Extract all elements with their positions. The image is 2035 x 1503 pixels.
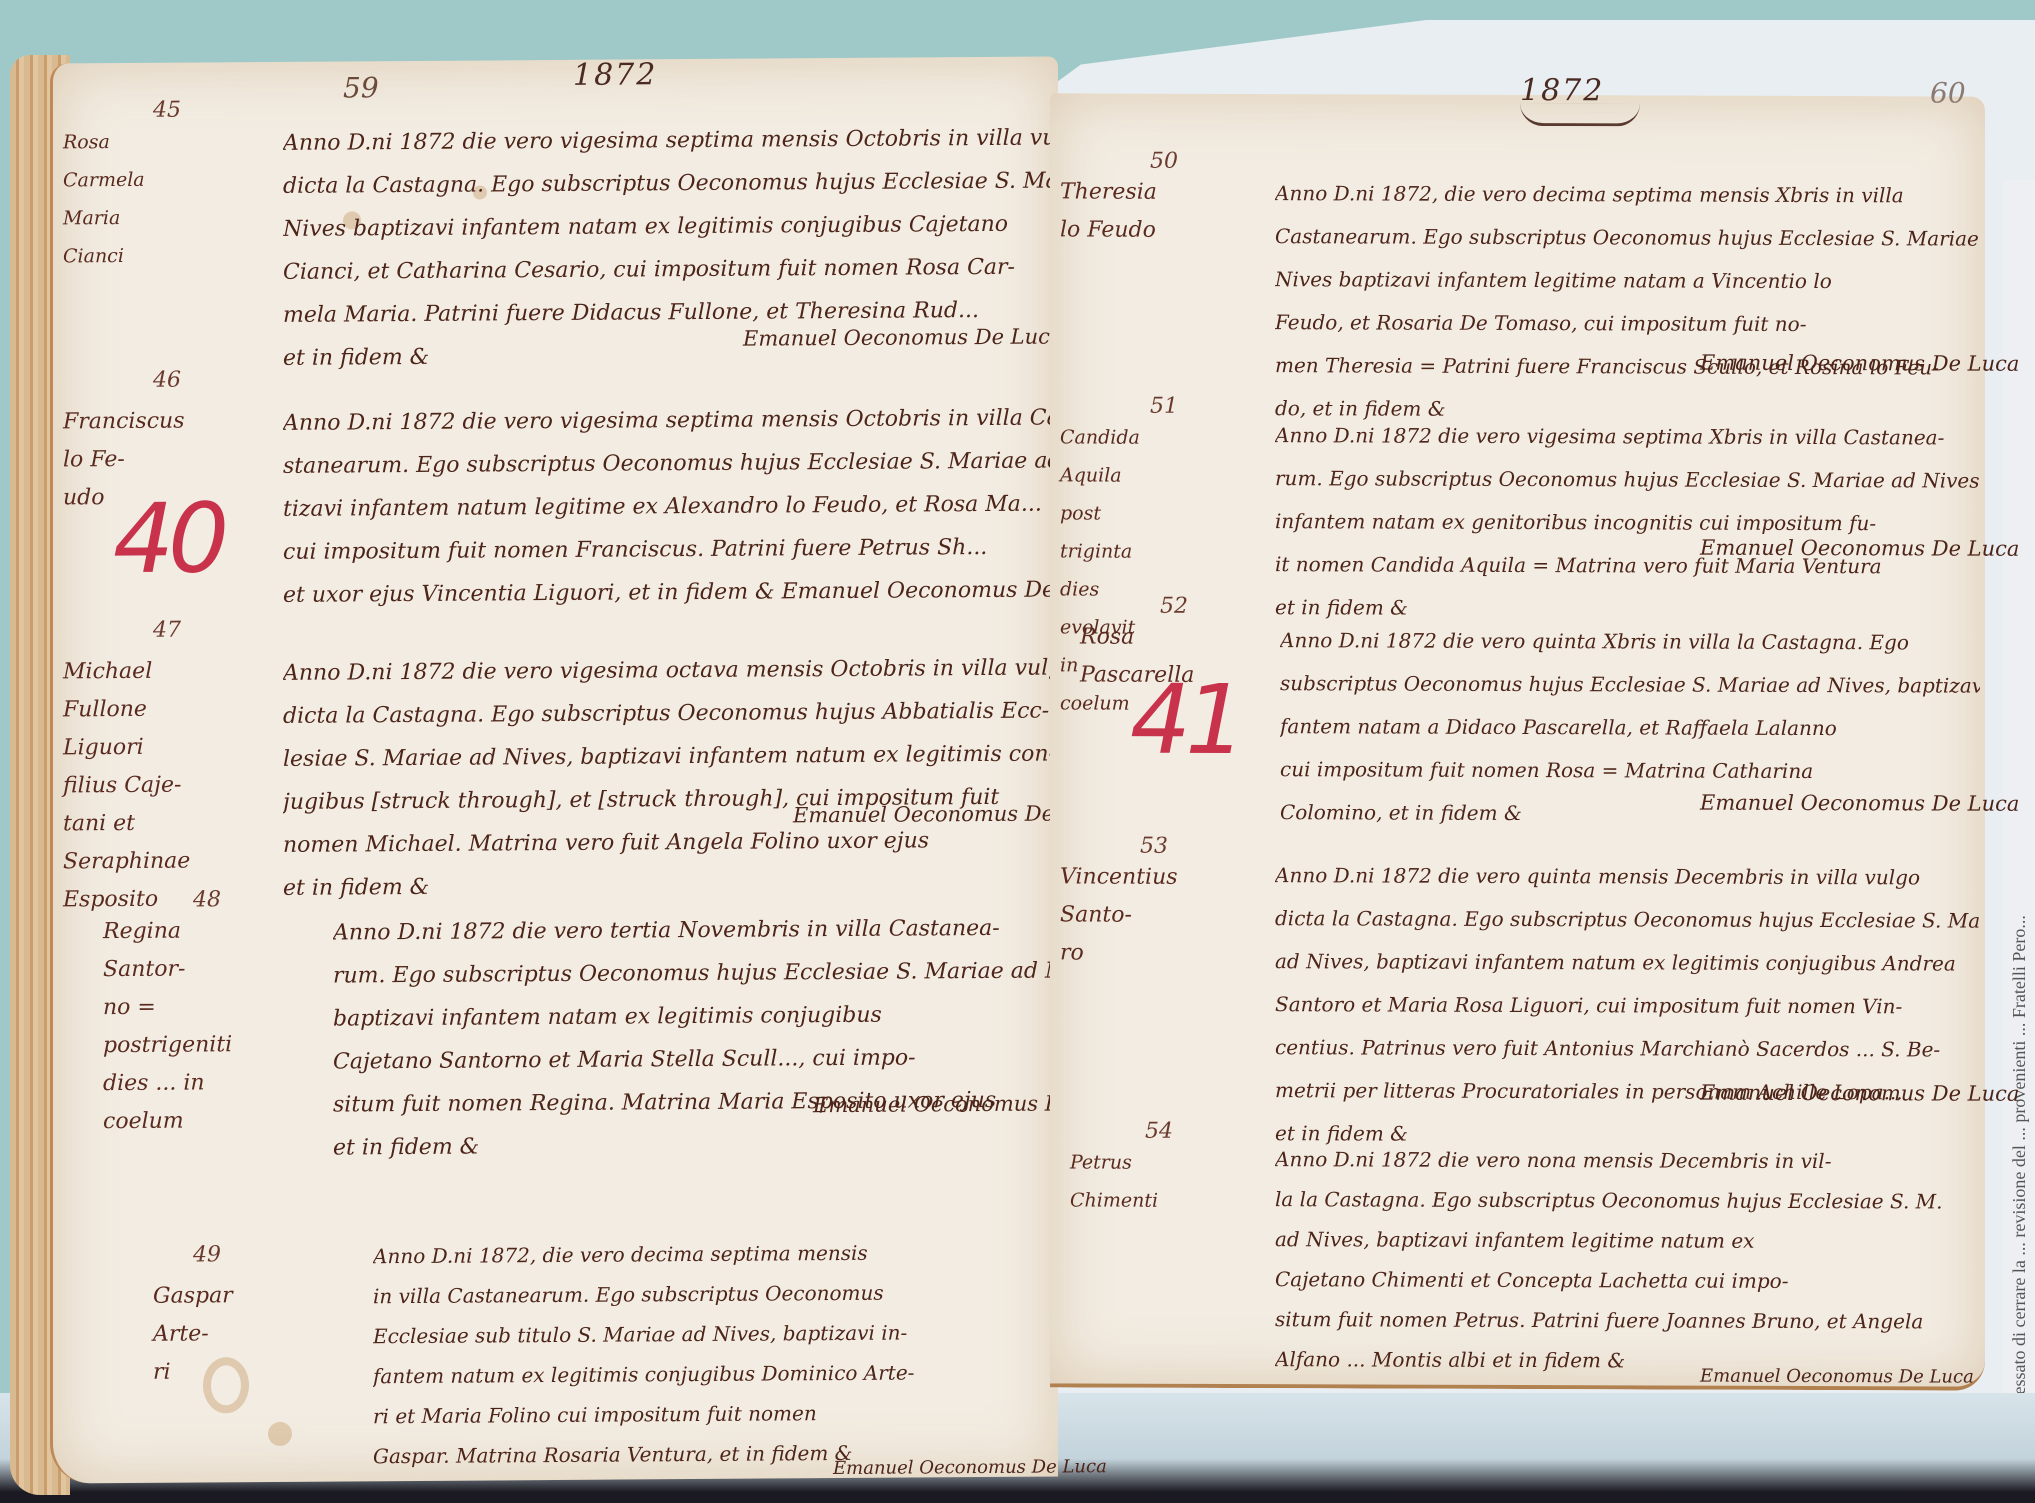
- entry-line: subscriptus Oeconomus hujus Ecclesiae S.…: [1280, 662, 1980, 707]
- entry-line: Anno D.ni 1872 die vero vigesima septima…: [283, 117, 1053, 165]
- entry-margin-name: Theresia lo Feudo: [1060, 173, 1157, 249]
- entry-body: Anno D.ni 1872 die vero vigesima octava …: [283, 647, 1053, 910]
- entry-line: dicta la Castagna. Ego subscriptus Oecon…: [283, 160, 1053, 208]
- entry-line: Santoro et Maria Rosa Liguori, cui impos…: [1275, 983, 1980, 1028]
- entry-line: stanearum. Ego subscriptus Oeconomus huj…: [283, 440, 1053, 488]
- entry-line: Anno D.ni 1872 die vero nona mensis Dece…: [1275, 1139, 1980, 1181]
- entry-body: Anno D.ni 1872, die vero decima septima …: [1275, 172, 1980, 432]
- entry-line: tizavi infantem natum legitime ex Alexan…: [283, 483, 1053, 531]
- entry-number: 54: [1145, 1119, 1173, 1144]
- entry-number: 46: [153, 368, 181, 393]
- entry-line: Anno D.ni 1872 die vero vigesima octava …: [283, 647, 1053, 695]
- entry-line: Castanearum. Ego subscriptus Oeconomus h…: [1275, 215, 1980, 260]
- entry-margin-name: Regina Santor- no = postrigeniti dies ..…: [103, 912, 232, 1141]
- entry-line: et in fidem &: [283, 862, 1053, 910]
- entry-body: Anno D.ni 1872 die vero vigesima septima…: [283, 397, 1053, 617]
- entry-line: lesiae S. Mariae ad Nives, baptizavi inf…: [283, 733, 1053, 781]
- entry-line: baptizavi infantem natam ex legitimis co…: [333, 993, 1053, 1041]
- page-number-right: 60: [1930, 76, 1966, 109]
- entry-margin-name: Petrus Chimenti: [1070, 1143, 1158, 1219]
- entry-line: Anno D.ni 1872 die vero vigesima septima…: [283, 397, 1053, 445]
- red-annotation-number: 40: [113, 482, 223, 595]
- entry-body: Anno D.ni 1872 die vero tertia Novembris…: [333, 907, 1053, 1170]
- entry-body: Anno D.ni 1872 die vero vigesima septima…: [1275, 414, 1980, 631]
- entry-line: cui impositum fuit nomen Rosa = Matrina …: [1280, 748, 1980, 793]
- stain: [268, 1422, 292, 1446]
- entry-body: Anno D.ni 1872 die vero quinta mensis De…: [1275, 854, 1980, 1157]
- entry-line: in villa Castanearum. Ego subscriptus Oe…: [373, 1272, 1053, 1317]
- red-annotation-number: 41: [1130, 664, 1240, 776]
- entry-line: Nives baptizavi infantem natam ex legiti…: [283, 203, 1053, 251]
- entry-line: dicta la Castagna. Ego subscriptus Oecon…: [1275, 897, 1980, 942]
- header-year-left: 1872: [573, 57, 657, 93]
- entry-line: Anno D.ni 1872 die vero tertia Novembris…: [333, 907, 1053, 955]
- priest-signature: Emanuel Oeconomus De Luca: [1700, 536, 2019, 561]
- priest-signature: Emanuel Oeconomus De Luca: [1700, 1366, 1974, 1388]
- entry-number: 49: [193, 1242, 221, 1267]
- priest-signature: Emanuel Oeconomus De Luca: [1700, 1081, 2019, 1106]
- entry-line: et in fidem &: [333, 1122, 1053, 1170]
- priest-signature: Emanuel Oeconomus De Luca: [833, 1456, 1107, 1479]
- header-flourish: [1520, 103, 1640, 126]
- entry-number: 52: [1160, 594, 1188, 619]
- entry-number: 48: [193, 887, 221, 912]
- entry-line: ri et Maria Folino cui impositum fuit no…: [373, 1392, 1053, 1437]
- entry-line: dicta la Castagna. Ego subscriptus Oecon…: [283, 690, 1053, 738]
- entry-body: Anno D.ni 1872 die vero nona mensis Dece…: [1275, 1139, 1980, 1381]
- entry-number: 47: [153, 618, 181, 643]
- entry-number: 45: [153, 98, 181, 123]
- entry-line: Cianci, et Catharina Cesario, cui imposi…: [283, 246, 1053, 294]
- entry-line: ad Nives, baptizavi infantem legitime na…: [1275, 1219, 1980, 1261]
- entry-margin-name: Gaspar Arte- ri: [153, 1277, 233, 1392]
- entry-number: 50: [1150, 149, 1178, 174]
- entry-line: Anno D.ni 1872 die vero vigesima septima…: [1275, 414, 1980, 459]
- page-number-left: 59: [343, 71, 379, 104]
- entry-number: 51: [1150, 394, 1178, 419]
- priest-signature: Emanuel Oeconomus De Luca: [743, 324, 1062, 350]
- entry-line: rum. Ego subscriptus Oeconomus hujus Ecc…: [1275, 457, 1980, 502]
- right-page: 1872 60 50 Theresia lo Feudo Anno D.ni 1…: [1050, 93, 1985, 1390]
- entry-margin-name: Rosa Carmela Maria Cianci: [63, 123, 145, 276]
- entry-line: Cajetano Santorno et Maria Stella Scull.…: [333, 1036, 1053, 1084]
- entry-line: centius. Patrinus vero fuit Antonius Mar…: [1275, 1026, 1980, 1071]
- entry-line: la la Castagna. Ego subscriptus Oeconomu…: [1275, 1179, 1980, 1221]
- entry-body: Anno D.ni 1872, die vero decima septima …: [373, 1232, 1053, 1477]
- priest-signature: Emanuel Oeconomus De Luca: [1700, 791, 2019, 816]
- left-page: 59 1872 45 Rosa Carmela Maria Cianci Ann…: [50, 56, 1058, 1483]
- entry-margin-name: Vincentius Santo- ro: [1060, 858, 1178, 972]
- priest-signature: Emanuel Oeconomus De Luca: [1700, 351, 2019, 376]
- entry-line: Cajetano Chimenti et Concepta Lachetta c…: [1275, 1259, 1980, 1301]
- entry-line: Anno D.ni 1872, die vero decima septima …: [1275, 172, 1980, 217]
- entry-line: Anno D.ni 1872 die vero quinta Xbris in …: [1280, 619, 1980, 664]
- entry-line: Anno D.ni 1872, die vero decima septima …: [373, 1232, 1053, 1277]
- entry-line: rum. Ego subscriptus Oeconomus hujus Ecc…: [333, 950, 1053, 998]
- entry-line: Nives baptizavi infantem legitime natam …: [1275, 258, 1980, 303]
- entry-line: situm fuit nomen Petrus. Patrini fuere J…: [1275, 1299, 1980, 1341]
- entry-number: 53: [1140, 834, 1168, 859]
- entry-line: fantem natam a Didaco Pascarella, et Raf…: [1280, 705, 1980, 750]
- entry-line: Ecclesiae sub titulo S. Mariae ad Nives,…: [373, 1312, 1053, 1357]
- entry-line: fantem natum ex legitimis conjugibus Dom…: [373, 1352, 1053, 1397]
- entry-line: Feudo, et Rosaria De Tomaso, cui imposit…: [1275, 301, 1980, 346]
- entry-line: ad Nives, baptizavi infantem natum ex le…: [1275, 940, 1980, 985]
- entry-line: et uxor ejus Vincentia Liguori, et in fi…: [283, 569, 1053, 617]
- entry-line: cui impositum fuit nomen Franciscus. Pat…: [283, 526, 1053, 574]
- entry-line: Anno D.ni 1872 die vero quinta mensis De…: [1275, 854, 1980, 899]
- entry-margin-name: Michael Fullone Liguori filius Caje- tan…: [63, 653, 190, 920]
